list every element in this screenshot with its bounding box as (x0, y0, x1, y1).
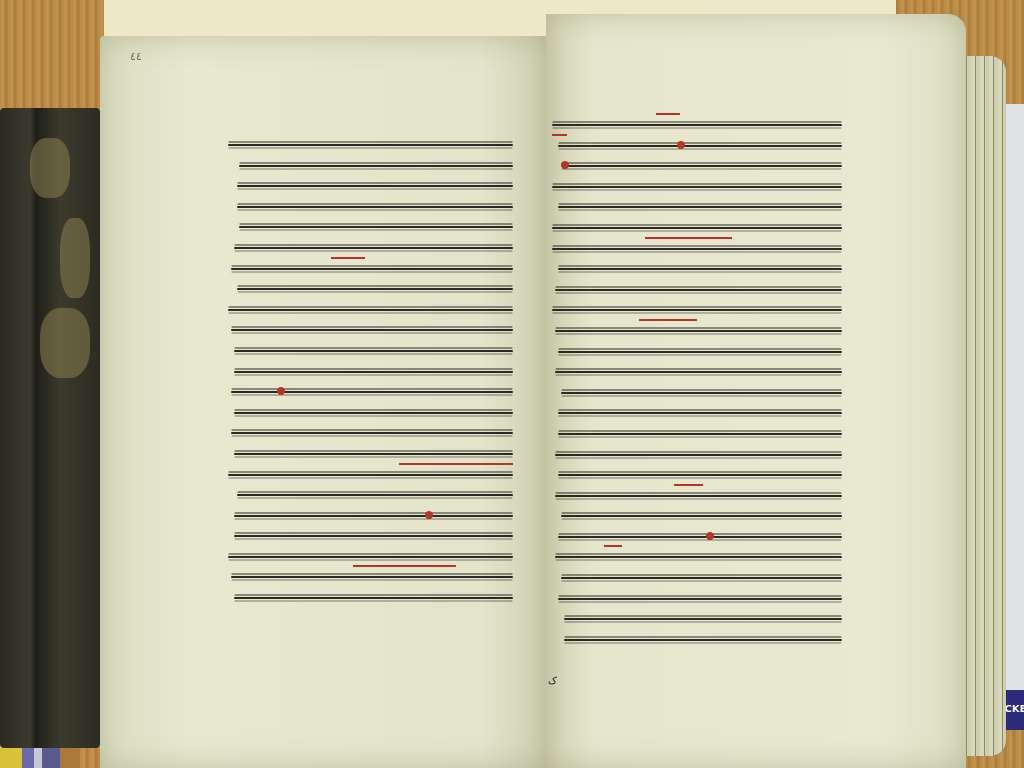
right-page: ک (546, 14, 966, 768)
red-verse-marker-icon (706, 532, 714, 540)
manuscript-line (228, 194, 513, 215)
manuscript-line (552, 400, 842, 421)
red-rubric-overline (399, 463, 513, 465)
red-verse-marker-icon (561, 161, 569, 169)
manuscript-line (552, 153, 842, 174)
ink-stroke (237, 494, 513, 496)
manuscript-line (552, 524, 842, 545)
ink-stroke (564, 639, 842, 641)
manuscript-line (552, 236, 842, 257)
manuscript-line (228, 379, 513, 400)
ink-stroke (558, 145, 842, 147)
ink-stroke (555, 495, 842, 497)
folio-number: ٤٤ (130, 50, 142, 63)
catchword: ک (548, 676, 557, 687)
page-stack (962, 56, 1006, 756)
manuscript-line (552, 586, 842, 607)
red-rubric-overline (656, 113, 679, 115)
manuscript-line (552, 277, 842, 298)
ink-stroke (228, 309, 513, 311)
manuscript-line (552, 256, 842, 277)
ink-stroke (552, 186, 842, 188)
left-text-block (228, 132, 513, 606)
ink-stroke (231, 268, 513, 270)
ink-stroke (555, 371, 842, 373)
manuscript-line (552, 421, 842, 442)
red-rubric-overline (639, 319, 697, 321)
manuscript-line (228, 503, 513, 524)
manuscript-line (228, 564, 513, 585)
manuscript-line (552, 339, 842, 360)
ink-stroke (237, 288, 513, 290)
ink-stroke (228, 556, 513, 558)
manuscript-line (228, 338, 513, 359)
manuscript-line (228, 441, 513, 462)
ink-stroke (558, 206, 842, 208)
ink-stroke (234, 371, 513, 373)
ink-stroke (552, 124, 842, 126)
ink-stroke (234, 247, 513, 249)
ink-stroke (558, 351, 842, 353)
ink-stroke (561, 165, 842, 167)
manuscript-line (228, 585, 513, 606)
manuscript-line (552, 565, 842, 586)
ink-stroke (231, 391, 513, 393)
red-rubric-overline (674, 484, 703, 486)
ink-stroke (558, 598, 842, 600)
ink-stroke (555, 289, 842, 291)
ink-stroke (228, 474, 513, 476)
manuscript-line (228, 297, 513, 318)
manuscript-line (228, 214, 513, 235)
manuscript-line (228, 276, 513, 297)
manuscript-line (552, 627, 842, 648)
red-rubric-overline (331, 257, 365, 259)
ink-stroke (555, 556, 842, 558)
manuscript-line (552, 606, 842, 627)
ink-stroke (555, 330, 842, 332)
ink-stroke (234, 350, 513, 352)
ink-stroke (558, 433, 842, 435)
manuscript-line (552, 544, 842, 565)
red-verse-marker-icon (425, 511, 433, 519)
manuscript-line (228, 400, 513, 421)
ink-stroke (239, 226, 513, 228)
manuscript-line (228, 420, 513, 441)
manuscript-line (552, 462, 842, 483)
manuscript-line (552, 359, 842, 380)
manuscript-line (228, 132, 513, 153)
manuscript-line (228, 359, 513, 380)
ink-stroke (561, 515, 842, 517)
ink-stroke (234, 515, 513, 517)
manuscript-line (228, 153, 513, 174)
ink-stroke (561, 392, 842, 394)
red-rubric-overline (552, 134, 567, 136)
red-rubric-overline (604, 545, 621, 547)
ink-stroke (555, 454, 842, 456)
ink-stroke (237, 185, 513, 187)
ink-stroke (231, 329, 513, 331)
manuscript-line (552, 112, 842, 133)
manuscript-line (552, 133, 842, 154)
ink-stroke (234, 453, 513, 455)
manuscript-line (552, 194, 842, 215)
right-text-block (552, 112, 842, 647)
manuscript-line (552, 297, 842, 318)
ink-stroke (231, 432, 513, 434)
manuscript-line (228, 235, 513, 256)
manuscript-line (552, 215, 842, 236)
ink-stroke (561, 577, 842, 579)
manuscript-line (228, 173, 513, 194)
manuscript-line (552, 380, 842, 401)
ink-stroke (558, 268, 842, 270)
red-rubric-overline (645, 237, 732, 239)
ink-stroke (564, 618, 842, 620)
ink-stroke (558, 474, 842, 476)
manuscript-line (228, 317, 513, 338)
manuscript-line (552, 174, 842, 195)
manuscript-line (552, 483, 842, 504)
manuscript-line (552, 442, 842, 463)
ink-stroke (558, 536, 842, 538)
manuscript-line (228, 256, 513, 277)
ink-stroke (239, 165, 513, 167)
manuscript-line (552, 503, 842, 524)
book-cover (0, 108, 100, 748)
manuscript-line (552, 318, 842, 339)
manuscript-line (228, 523, 513, 544)
ink-stroke (231, 576, 513, 578)
ink-stroke (552, 227, 842, 229)
red-verse-marker-icon (677, 141, 685, 149)
manuscript-line (228, 544, 513, 565)
ink-stroke (558, 412, 842, 414)
ink-stroke (237, 206, 513, 208)
ink-stroke (552, 309, 842, 311)
manuscript-line (228, 482, 513, 503)
ink-stroke (234, 597, 513, 599)
red-rubric-overline (353, 565, 456, 567)
red-verse-marker-icon (277, 387, 285, 395)
ink-stroke (234, 535, 513, 537)
left-page: ٤٤ (100, 36, 548, 768)
ink-stroke (552, 248, 842, 250)
manuscript-line (228, 462, 513, 483)
ink-stroke (234, 412, 513, 414)
ink-stroke (228, 144, 513, 146)
